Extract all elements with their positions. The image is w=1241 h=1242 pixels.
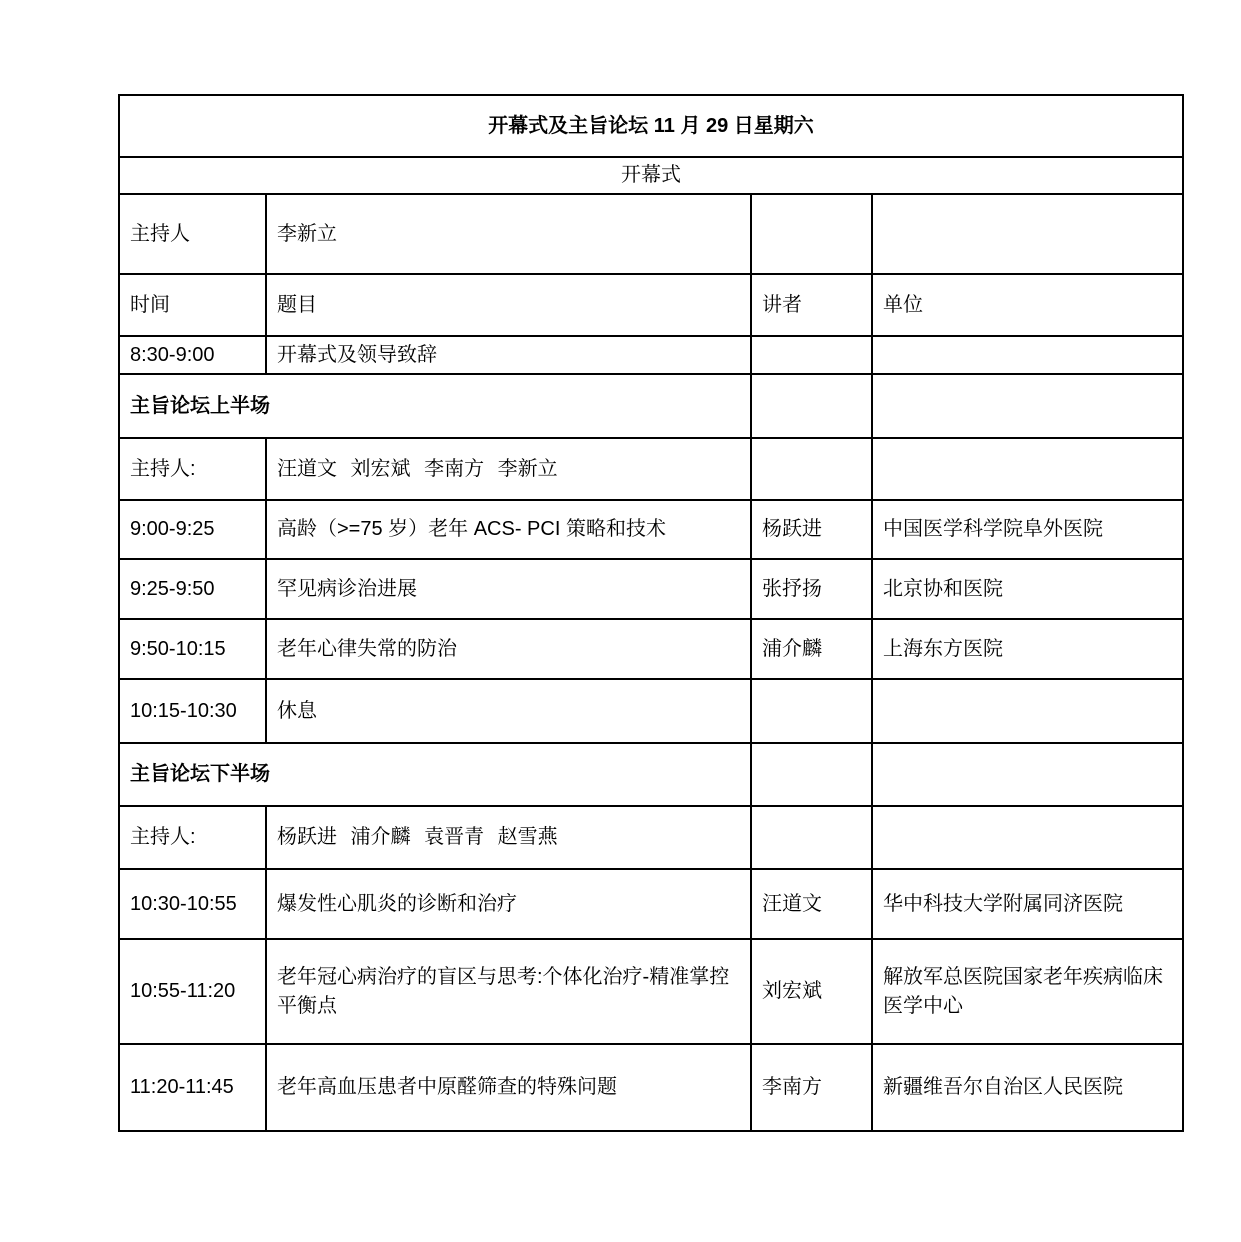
- schedule-title: 开幕式及主旨论坛 11 月 29 日星期六: [119, 95, 1183, 157]
- time-cell: 8:30-9:00: [119, 336, 266, 374]
- table-row: 主旨论坛上半场: [119, 374, 1183, 438]
- table-row: 9:50-10:15 老年心律失常的防治 浦介麟 上海东方医院: [119, 619, 1183, 679]
- org-cell: [872, 336, 1183, 374]
- table-row: 10:15-10:30 休息: [119, 679, 1183, 743]
- speaker-cell: 张抒扬: [751, 559, 872, 619]
- topic-cell: 老年心律失常的防治: [266, 619, 751, 679]
- time-cell: 9:25-9:50: [119, 559, 266, 619]
- table-row: 主旨论坛下半场: [119, 743, 1183, 806]
- speaker-cell: 刘宏斌: [751, 939, 872, 1044]
- table-row: 主持人 李新立: [119, 194, 1183, 274]
- empty-cell: [751, 806, 872, 869]
- table-row: 10:55-11:20 老年冠心病治疗的盲区与思考:个体化治疗-精准掌控平衡点 …: [119, 939, 1183, 1044]
- org-cell: 中国医学科学院阜外医院: [872, 500, 1183, 559]
- table-row: 开幕式: [119, 157, 1183, 194]
- speaker-cell: 李南方: [751, 1044, 872, 1131]
- topic-cell: 休息: [266, 679, 751, 743]
- speaker-cell: 汪道文: [751, 869, 872, 939]
- time-cell: 10:30-10:55: [119, 869, 266, 939]
- speaker-cell: 浦介麟: [751, 619, 872, 679]
- table-row: 11:20-11:45 老年高血压患者中原醛筛查的特殊问题 李南方 新疆维吾尔自…: [119, 1044, 1183, 1131]
- time-cell: 10:15-10:30: [119, 679, 266, 743]
- table-row: 开幕式及主旨论坛 11 月 29 日星期六: [119, 95, 1183, 157]
- table-row: 8:30-9:00 开幕式及领导致辞: [119, 336, 1183, 374]
- empty-cell: [751, 438, 872, 500]
- empty-cell: [872, 806, 1183, 869]
- org-cell: 华中科技大学附属同济医院: [872, 869, 1183, 939]
- time-cell: 11:20-11:45: [119, 1044, 266, 1131]
- opening-ceremony-label: 开幕式: [119, 157, 1183, 194]
- speaker-cell: 杨跃进: [751, 500, 872, 559]
- topic-cell: 爆发性心肌炎的诊断和治疗: [266, 869, 751, 939]
- time-cell: 10:55-11:20: [119, 939, 266, 1044]
- moderator-names: 汪道文 刘宏斌 李南方 李新立: [266, 438, 751, 500]
- topic-cell: 老年冠心病治疗的盲区与思考:个体化治疗-精准掌控平衡点: [266, 939, 751, 1044]
- empty-cell: [751, 374, 872, 438]
- topic-cell: 老年高血压患者中原醛筛查的特殊问题: [266, 1044, 751, 1131]
- table-row: 9:25-9:50 罕见病诊治进展 张抒扬 北京协和医院: [119, 559, 1183, 619]
- topic-cell: 高龄（>=75 岁）老年 ACS- PCI 策略和技术: [266, 500, 751, 559]
- speaker-cell: [751, 679, 872, 743]
- time-cell: 9:00-9:25: [119, 500, 266, 559]
- topic-cell: 开幕式及领导致辞: [266, 336, 751, 374]
- col-header-org: 单位: [872, 274, 1183, 336]
- empty-cell: [872, 194, 1183, 274]
- empty-cell: [872, 438, 1183, 500]
- col-header-time: 时间: [119, 274, 266, 336]
- table-row: 10:30-10:55 爆发性心肌炎的诊断和治疗 汪道文 华中科技大学附属同济医…: [119, 869, 1183, 939]
- document-page: 开幕式及主旨论坛 11 月 29 日星期六 开幕式 主持人 李新立 时间 题目 …: [0, 0, 1241, 1242]
- schedule-table: 开幕式及主旨论坛 11 月 29 日星期六 开幕式 主持人 李新立 时间 题目 …: [118, 94, 1184, 1132]
- schedule-sheet: 开幕式及主旨论坛 11 月 29 日星期六 开幕式 主持人 李新立 时间 题目 …: [118, 94, 1184, 1132]
- empty-cell: [872, 743, 1183, 806]
- moderator-label: 主持人: [119, 194, 266, 274]
- org-cell: 北京协和医院: [872, 559, 1183, 619]
- empty-cell: [751, 743, 872, 806]
- org-cell: 解放军总医院国家老年疾病临床医学中心: [872, 939, 1183, 1044]
- moderator-label: 主持人:: [119, 806, 266, 869]
- table-row: 9:00-9:25 高龄（>=75 岁）老年 ACS- PCI 策略和技术 杨跃…: [119, 500, 1183, 559]
- table-row: 主持人: 汪道文 刘宏斌 李南方 李新立: [119, 438, 1183, 500]
- table-row: 主持人: 杨跃进 浦介麟 袁晋青 赵雪燕: [119, 806, 1183, 869]
- empty-cell: [751, 194, 872, 274]
- col-header-speaker: 讲者: [751, 274, 872, 336]
- table-header-row: 时间 题目 讲者 单位: [119, 274, 1183, 336]
- moderator-name: 李新立: [266, 194, 751, 274]
- col-header-topic: 题目: [266, 274, 751, 336]
- moderator-names: 杨跃进 浦介麟 袁晋青 赵雪燕: [266, 806, 751, 869]
- org-cell: [872, 679, 1183, 743]
- topic-cell: 罕见病诊治进展: [266, 559, 751, 619]
- session-heading: 主旨论坛上半场: [119, 374, 751, 438]
- moderator-label: 主持人:: [119, 438, 266, 500]
- org-cell: 上海东方医院: [872, 619, 1183, 679]
- empty-cell: [872, 374, 1183, 438]
- speaker-cell: [751, 336, 872, 374]
- org-cell: 新疆维吾尔自治区人民医院: [872, 1044, 1183, 1131]
- session-heading: 主旨论坛下半场: [119, 743, 751, 806]
- time-cell: 9:50-10:15: [119, 619, 266, 679]
